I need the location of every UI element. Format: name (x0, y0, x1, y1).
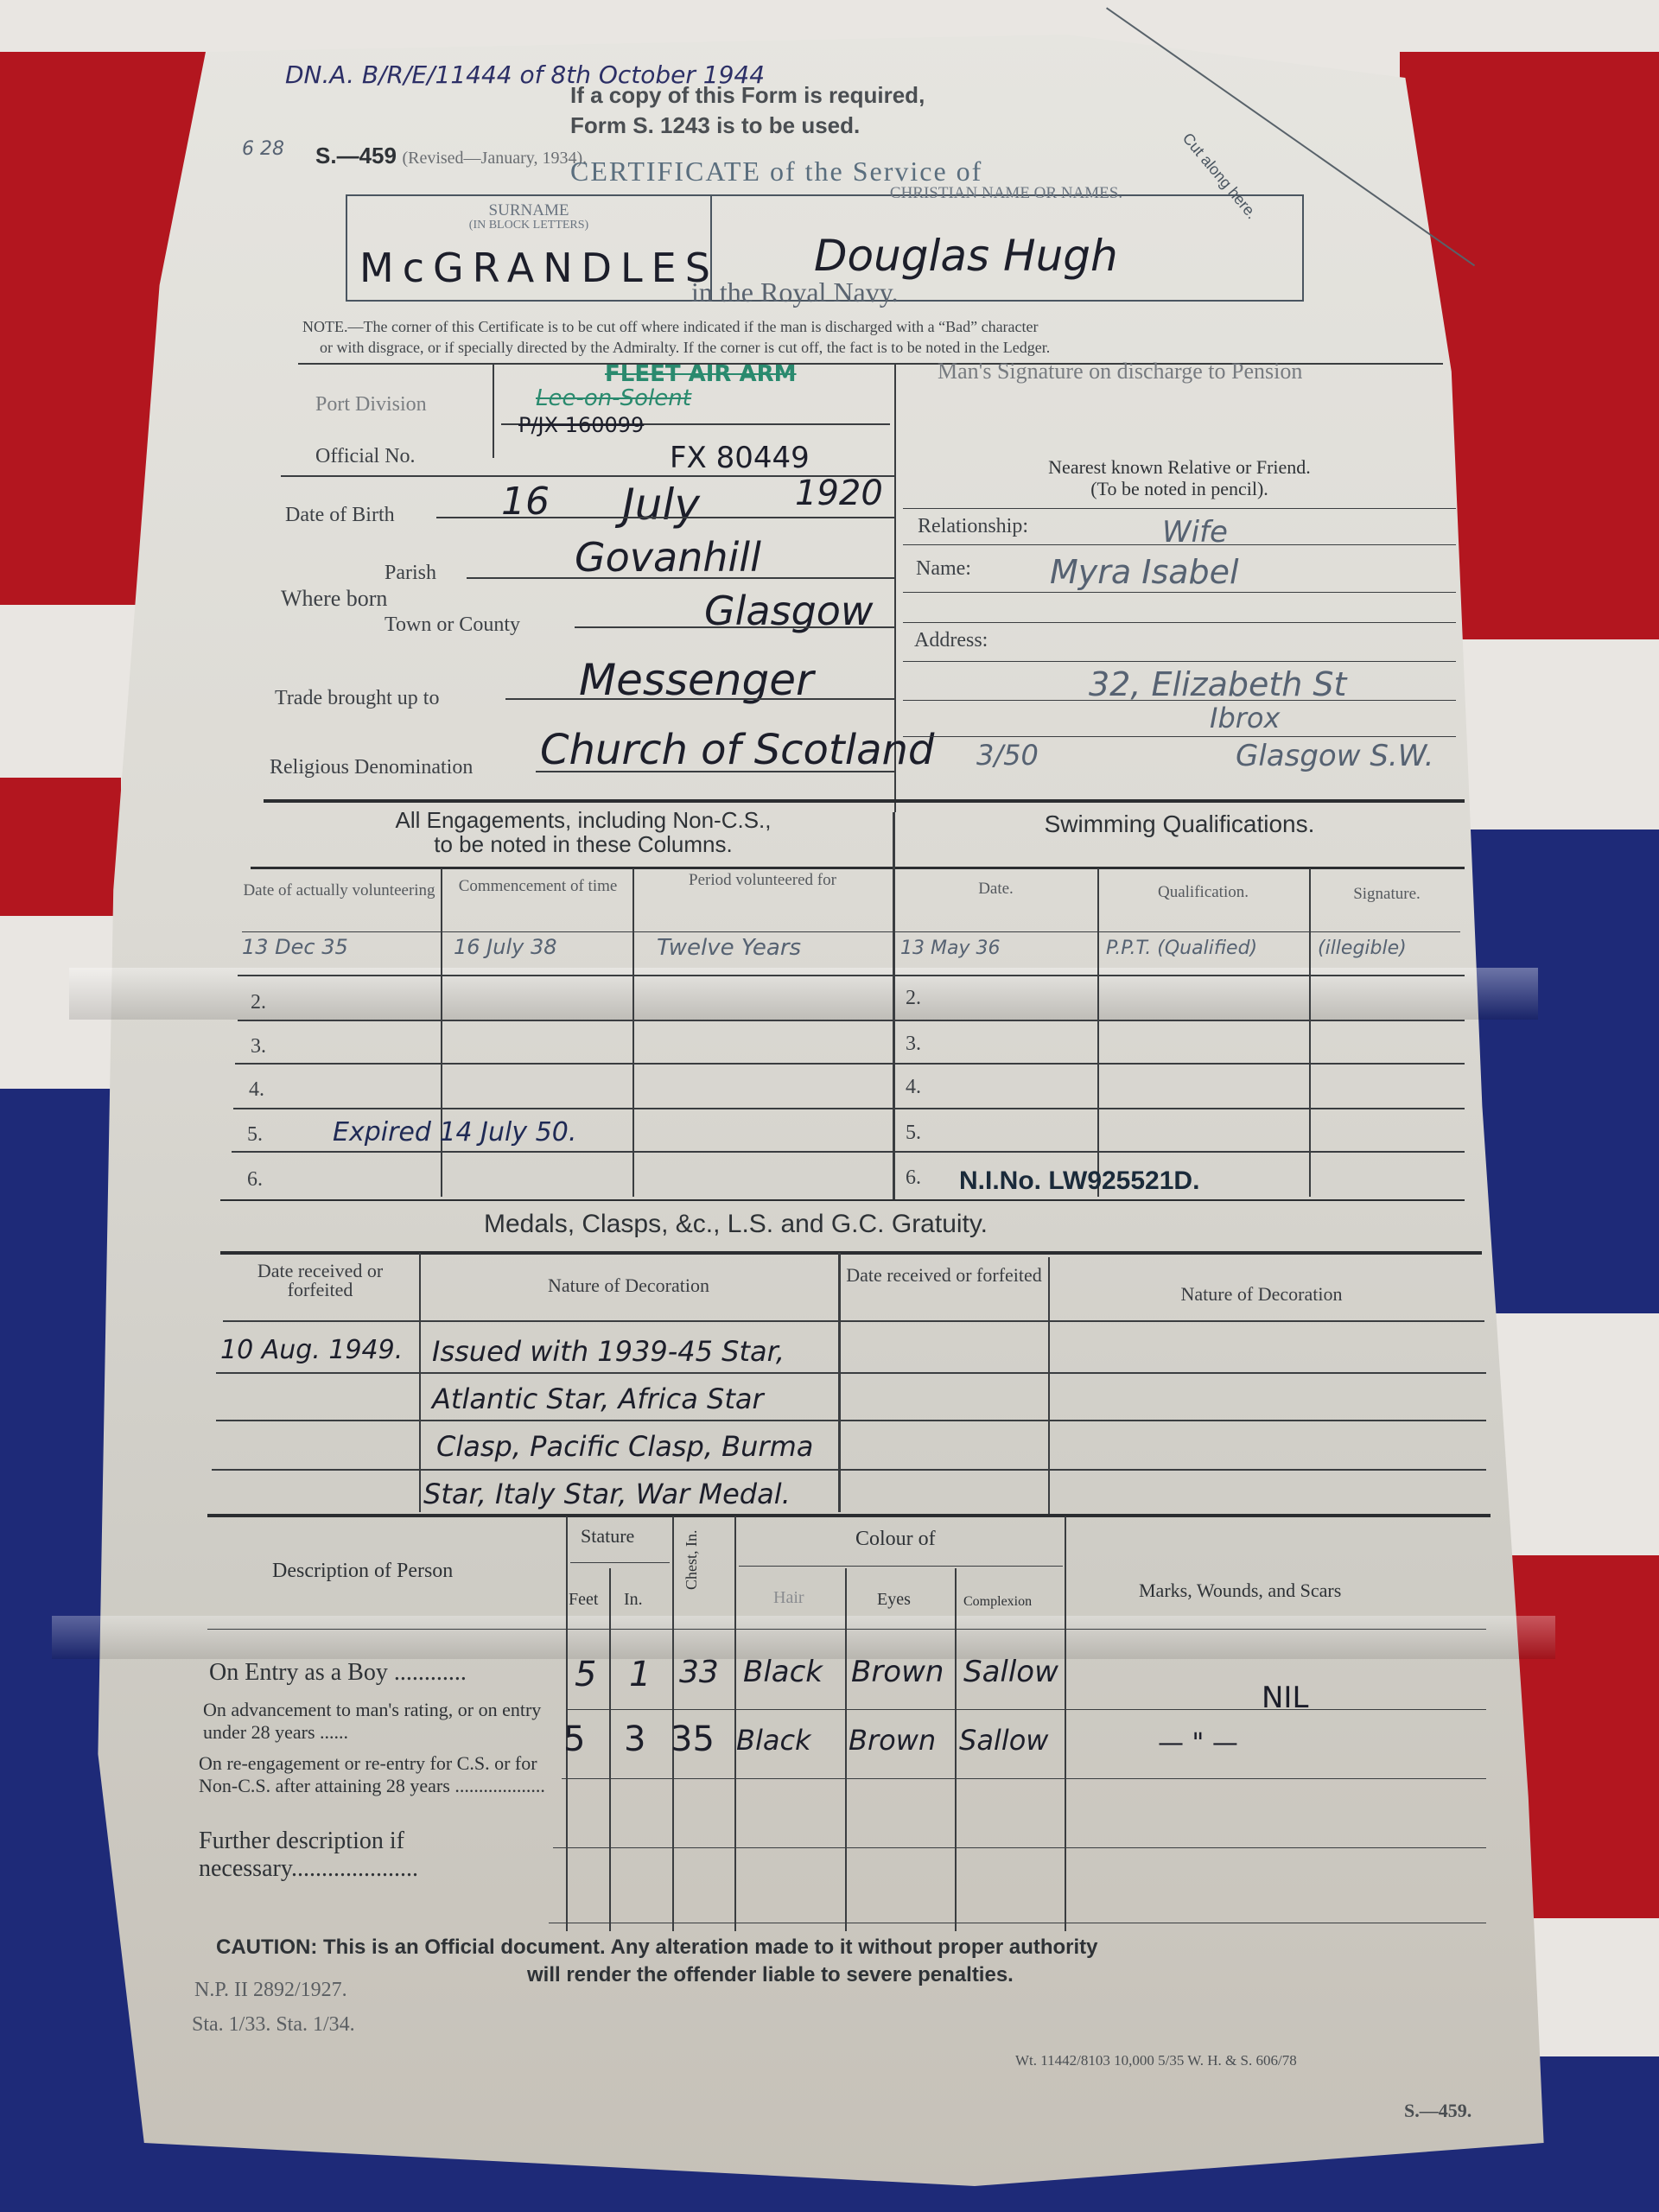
swimming-col-date: Date. (899, 880, 1093, 899)
row1-chest: 33 (679, 1655, 719, 1690)
hair-label: Hair (773, 1588, 804, 1608)
row-line (549, 1923, 1486, 1923)
caution-notice: CAUTION: This is an Official document. A… (216, 1935, 1098, 1960)
caution-label: CAUTION: (216, 1935, 317, 1959)
row1-feet: 5 (575, 1655, 596, 1694)
field-line (903, 700, 1456, 701)
row2-chest: 35 (671, 1719, 715, 1759)
date-of-birth-label: Date of Birth (285, 504, 395, 527)
sta-reference: Sta. 1/33. Sta. 1/34. (192, 2013, 355, 2037)
column-divider (441, 868, 442, 1197)
port-division-value: FLEET AIR ARM (605, 361, 797, 387)
engagement-row5-note: Expired 14 July 50. (333, 1117, 576, 1147)
column-divider (493, 363, 494, 458)
inches-label: In. (624, 1590, 643, 1610)
feet-label: Feet (569, 1590, 598, 1610)
surname-sub-label: (IN BLOCK LETTERS) (347, 219, 710, 232)
field-line (903, 736, 1456, 737)
christian-names-label: CHRISTIAN NAME OR NAMES. (710, 184, 1302, 203)
engagements-heading-line2: to be noted in these Columns. (276, 832, 890, 856)
row2-feet: 5 (563, 1719, 585, 1759)
section-divider (207, 1514, 1491, 1517)
row-line (212, 1469, 1486, 1471)
row-line (566, 1709, 1486, 1710)
row-line (562, 1778, 1486, 1779)
np-reference: N.P. II 2892/1927. (194, 1979, 347, 2002)
row-line (553, 1847, 1486, 1848)
relationship-label: Relationship: (918, 515, 1028, 538)
medal-date: 10 Aug. 1949. (220, 1335, 403, 1365)
row-line (216, 1372, 1486, 1374)
desc-row-label: Further description if necessary........… (199, 1827, 553, 1883)
row1-marks: NIL (1262, 1681, 1308, 1715)
service-branch: in the Royal Navy. (691, 276, 899, 308)
column-divider (1048, 1257, 1050, 1516)
column-divider (609, 1568, 611, 1931)
engagement-row1-period: Twelve Years (657, 935, 801, 961)
row-line (235, 1063, 1465, 1065)
medal-line2: Atlantic Star, Africa Star (432, 1382, 764, 1415)
swimming-row1-date: 13 May 36 (900, 938, 1000, 959)
desc-row-label: On advancement to man's rating, or on en… (203, 1699, 557, 1744)
row-line (207, 1629, 1486, 1630)
row-line (238, 1020, 1465, 1021)
engagement-row-number: 6. (247, 1168, 263, 1192)
row1-complexion: Sallow (963, 1655, 1058, 1689)
note-line2: or with disgrace, or if specially direct… (320, 339, 1050, 357)
medal-line1: Issued with 1939-45 Star, (432, 1335, 785, 1368)
official-no-label: Official No. (315, 445, 416, 468)
stature-label: Stature (581, 1525, 634, 1548)
swimming-col-qualification: Qualification. (1102, 883, 1305, 902)
row1-eyes: Brown (851, 1655, 944, 1689)
medals-col-date-left: Date received or forfeited (223, 1262, 417, 1300)
row-line (232, 1151, 1465, 1153)
caution-line1: This is an Official document. Any altera… (323, 1935, 1098, 1959)
row-line (570, 1562, 670, 1563)
pension-signature-label: Man's Signature on discharge to Pension (938, 359, 1302, 385)
swimming-row-number: 2. (906, 987, 921, 1010)
port-division-label: Port Division (315, 393, 427, 416)
column-divider (419, 1253, 421, 1512)
swimming-row-number: 4. (906, 1076, 921, 1099)
engagement-row-number: 5. (247, 1123, 263, 1147)
column-divider (893, 812, 895, 1201)
medals-col-nature-left: Nature of Decoration (423, 1274, 834, 1297)
column-divider (845, 1568, 847, 1931)
paper-fold (52, 1616, 1555, 1659)
row-line (242, 931, 1460, 932)
row1-hair: Black (743, 1655, 823, 1689)
religion-label: Religious Denomination (270, 756, 473, 779)
address-line1: 32, Elizabeth St (1089, 665, 1346, 703)
field-line (467, 577, 894, 579)
engagement-col-date: Date of actually volunteering (238, 881, 441, 900)
form-number-header: S.—459 (Revised—January, 1934). (315, 143, 587, 169)
medals-col-date-right: Date received or forfeited (842, 1266, 1046, 1285)
copy-notice-line2: Form S. 1243 is to be used. (570, 112, 860, 139)
complexion-label: Complexion (963, 1594, 1032, 1610)
certificate-title: CERTIFICATE of the Service of (570, 156, 982, 188)
parish-label: Parish (385, 562, 436, 585)
desc-row-label: On re-engagement or re-entry for C.S. or… (199, 1752, 553, 1797)
surname-label: SURNAME (347, 201, 710, 220)
field-line (436, 517, 894, 518)
form-number: S.—459 (315, 143, 397, 168)
swimming-row-number: 3. (906, 1033, 921, 1056)
parish-value: Govanhill (575, 534, 761, 581)
medals-col-nature-right: Nature of Decoration (1050, 1283, 1473, 1306)
engagements-heading-line1: All Engagements, including Non-C.S., (276, 808, 890, 832)
field-line (575, 626, 894, 628)
engagement-row1-commencement: 16 July 38 (454, 935, 557, 959)
engagement-row-number: 3. (251, 1035, 266, 1058)
engagement-row1-date: 13 Dec 35 (242, 935, 348, 959)
caution-line2: will render the offender liable to sever… (527, 1963, 1014, 1987)
revision-date: (Revised—January, 1934). (402, 149, 587, 168)
address-line3: Glasgow S.W. (1236, 739, 1433, 773)
where-born-label: Where born (281, 586, 387, 612)
footer-form-number: S.—459. (1404, 2100, 1471, 2122)
town-or-county-label: Town or County (385, 613, 520, 637)
field-line (903, 508, 1456, 509)
engagement-col-commencement: Commencement of time (445, 877, 631, 896)
swimming-row1-qualification: P.P.T. (Qualified) (1106, 938, 1257, 959)
pencil-marks: 6 28 (242, 138, 284, 160)
row2-eyes: Brown (849, 1724, 936, 1757)
swimming-row1-signature: (illegible) (1318, 938, 1407, 959)
print-reference: Wt. 11442/8103 10,000 5/35 W. H. & S. 60… (1015, 2052, 1297, 2069)
official-no-struck: P/JX 160099 (518, 413, 644, 437)
engagement-row-number: 4. (249, 1078, 264, 1102)
swimming-row-number: 6. (906, 1166, 921, 1190)
marks-wounds-scars-label: Marks, Wounds, and Scars (1139, 1580, 1341, 1602)
column-divider (632, 868, 634, 1197)
christian-names-value: Douglas Hugh (814, 231, 1118, 281)
row1-inches: 1 (629, 1655, 651, 1694)
eyes-label: Eyes (877, 1590, 911, 1610)
swimming-col-signature: Signature. (1309, 885, 1465, 904)
row2-marks: — " — (1158, 1728, 1238, 1758)
swimming-row-number: 5. (906, 1122, 921, 1145)
colour-of-label: Colour of (855, 1528, 936, 1551)
relative-name-value: Myra Isabel (1050, 553, 1239, 591)
section-divider (220, 1251, 1482, 1255)
trade-label: Trade brought up to (275, 687, 439, 710)
address-line2: Ibrox (1210, 702, 1280, 734)
row-line (238, 975, 1465, 976)
field-line (903, 661, 1456, 662)
row-line (223, 1320, 1484, 1322)
medal-line3: Clasp, Pacific Clasp, Burma (436, 1430, 813, 1463)
swimming-heading: Swimming Qualifications. (899, 810, 1460, 838)
relative-name-label: Name: (916, 557, 971, 581)
row-line (233, 1108, 1465, 1109)
medals-heading: Medals, Clasps, &c., L.S. and G.C. Gratu… (484, 1210, 988, 1239)
port-division-struck: Lee-on-Solent (536, 385, 691, 411)
relative-subheading: (To be noted in pencil). (899, 478, 1460, 500)
row2-inches: 3 (624, 1719, 645, 1759)
desc-row-label: On Entry as a Boy ............ (209, 1659, 559, 1687)
row2-complexion: Sallow (959, 1724, 1048, 1757)
column-divider (1097, 868, 1099, 1197)
row-line (216, 1420, 1486, 1421)
column-divider (1065, 1516, 1066, 1931)
surname-value: McGRANDLES (359, 245, 719, 291)
relative-heading: Nearest known Relative or Friend. (899, 456, 1460, 479)
field-line (536, 771, 894, 772)
field-line (903, 544, 1456, 545)
address-label: Address: (914, 629, 988, 652)
field-line (505, 698, 894, 700)
dob-month: July (622, 480, 700, 530)
description-heading: Description of Person (272, 1560, 453, 1583)
engagements-heading: All Engagements, including Non-C.S., to … (276, 808, 890, 856)
dob-year: 1920 (795, 474, 883, 513)
engagement-col-period: Period volunteered for (635, 871, 890, 890)
note-line1: NOTE.—The corner of this Certificate is … (302, 318, 1039, 336)
religion-value: Church of Scotland (540, 726, 934, 774)
row-line (739, 1566, 1063, 1567)
column-divider (955, 1568, 957, 1931)
national-insurance-number: N.I.No. LW925521D. (959, 1166, 1199, 1196)
section-divider (220, 1199, 1465, 1201)
section-divider (251, 867, 1465, 869)
copy-notice-line1: If a copy of this Form is required, (570, 82, 925, 109)
engagement-row-number: 2. (251, 991, 266, 1014)
official-no-value: FX 80449 (670, 441, 810, 475)
row2-hair: Black (736, 1724, 811, 1757)
field-line (903, 622, 1456, 623)
where-born-text: Where born (281, 586, 387, 611)
medal-line4: Star, Italy Star, War Medal. (423, 1478, 791, 1510)
chest-label: Chest, In. (683, 1530, 701, 1591)
section-divider (264, 799, 1465, 803)
column-divider (1309, 868, 1311, 1197)
field-line (903, 592, 1456, 593)
column-divider (838, 1253, 841, 1512)
pencil-date: 3/50 (976, 739, 1039, 772)
